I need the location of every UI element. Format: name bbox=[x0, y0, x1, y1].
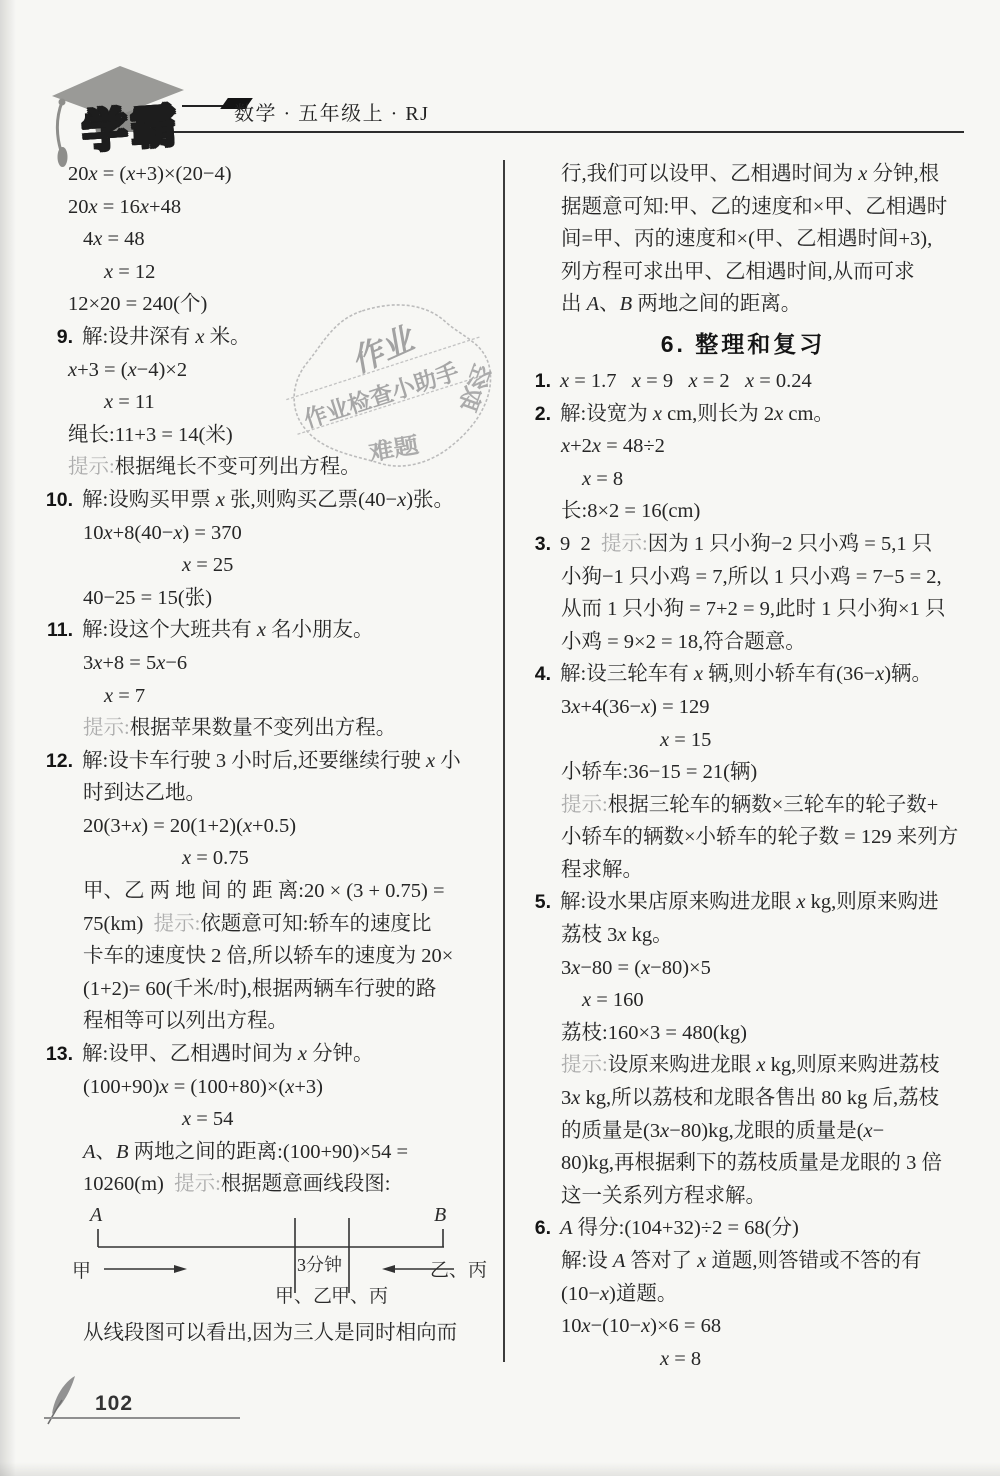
footer-rule bbox=[44, 1417, 240, 1419]
math-variable: x bbox=[298, 1043, 307, 1065]
math-variable: x bbox=[774, 403, 783, 425]
math-variable: x bbox=[156, 652, 165, 674]
math-variable: x bbox=[173, 522, 182, 544]
text-line: 程相等可以列出方程。 bbox=[40, 1005, 500, 1038]
math-variable: x bbox=[397, 489, 406, 511]
problem-number: 2. bbox=[518, 398, 551, 431]
math-variable: x bbox=[93, 228, 102, 250]
math-variable: A bbox=[587, 293, 600, 315]
math-variable: x bbox=[617, 924, 626, 946]
text-line: 出 A、B 两地之间的距离。 bbox=[518, 288, 968, 321]
math-variable: x bbox=[426, 750, 435, 772]
diagram-meet-label-2: 甲、丙 bbox=[331, 1285, 388, 1307]
diagram-walker-right-label: 乙、丙 bbox=[430, 1259, 487, 1281]
math-variable: x bbox=[688, 370, 697, 392]
page-number: 102 bbox=[95, 1392, 133, 1416]
right-column: 行,我们可以设甲、乙相遇时间为 x 分钟,根据题意可知:甲、乙的速度和×甲、乙相… bbox=[518, 158, 968, 1375]
math-variable: x bbox=[694, 663, 703, 685]
math-variable: x bbox=[582, 989, 591, 1011]
text-line: 20(3+x) = 20(1+2)(x+0.5) bbox=[40, 810, 500, 843]
text-line: 提示:根据绳长不变可列出方程。 bbox=[40, 451, 500, 484]
math-variable: B bbox=[620, 293, 633, 315]
math-variable: B bbox=[116, 1141, 129, 1163]
text-line: 小狗−1 只小鸡 = 7,所以 1 只小鸡 = 7−5 = 2, bbox=[518, 561, 968, 594]
text-line: (10−x)道题。 bbox=[518, 1278, 968, 1311]
problem-line: 1.x = 1.7 x = 9 x = 2 x = 0.24 bbox=[518, 365, 968, 398]
text-line: 75(km) 提示:依题意可知:轿车的速度比 bbox=[40, 908, 500, 941]
math-variable: x bbox=[858, 163, 867, 185]
math-variable: x bbox=[660, 1120, 669, 1142]
math-variable: x bbox=[68, 359, 77, 381]
diagram-interval-label: 3分钟 bbox=[297, 1255, 342, 1275]
math-variable: x bbox=[875, 663, 884, 685]
math-variable: x bbox=[571, 696, 580, 718]
text-line: 行,我们可以设甲、乙相遇时间为 x 分钟,根 bbox=[518, 158, 968, 191]
problem-line: 13.解:设甲、乙相遇时间为 x 分钟。 bbox=[40, 1038, 500, 1071]
hint-label: 提示: bbox=[83, 717, 130, 739]
text-line: 小鸡 = 9×2 = 18,符合题意。 bbox=[518, 626, 968, 659]
hint-label: 提示: bbox=[561, 794, 608, 816]
text-line: 提示:根据三轮车的辆数×三轮车的轮子数+ bbox=[518, 789, 968, 822]
diagram-arrow-left-head bbox=[382, 1265, 395, 1273]
text-line: 荔枝 3x kg。 bbox=[518, 919, 968, 952]
text-line: (1+2)= 60(千米/时),根据两辆车行驶的路 bbox=[40, 973, 500, 1006]
problem-number: 6. bbox=[518, 1212, 551, 1245]
text-line: 从而 1 只小狗 = 7+2 = 9,此时 1 只小狗×1 只 bbox=[518, 593, 968, 626]
math-variable: x bbox=[104, 522, 113, 544]
problem-line: 5.解:设水果店原来购进龙眼 x kg,则原来购进 bbox=[518, 886, 968, 919]
diagram-arrow-right-head bbox=[174, 1265, 187, 1273]
math-variable: x bbox=[582, 1315, 591, 1337]
right-column-text: 1.x = 1.7 x = 9 x = 2 x = 0.242.解:设宽为 x … bbox=[518, 365, 968, 1375]
math-variable: x bbox=[660, 1348, 669, 1370]
header-rule bbox=[152, 131, 964, 133]
problem-number: 12. bbox=[40, 745, 73, 778]
hint-label: 提示: bbox=[561, 1054, 608, 1076]
text-line: 10260(m) 提示:根据题意画线段图: bbox=[40, 1168, 500, 1201]
left-column: 20x = (x+3)×(20−4)20x = 16x+484x = 48x =… bbox=[40, 158, 500, 1350]
math-variable: x bbox=[592, 435, 601, 457]
problem-line: 11.解:设这个大班共有 x 名小朋友。 bbox=[40, 614, 500, 647]
text-line: x = 7 bbox=[40, 680, 500, 713]
text-line: x = 12 bbox=[40, 256, 500, 289]
hint-label: 提示: bbox=[68, 456, 115, 478]
math-variable: x bbox=[89, 163, 98, 185]
text-line: 时到达乙地。 bbox=[40, 777, 500, 810]
hint-label: 提示: bbox=[601, 533, 648, 555]
problem-number: 3. bbox=[518, 528, 551, 561]
text-line: 长:8×2 = 16(cm) bbox=[518, 495, 968, 528]
text-line: 3x+8 = 5x−6 bbox=[40, 647, 500, 680]
text-line: 3x−80 = (x−80)×5 bbox=[518, 952, 968, 985]
math-variable: x bbox=[128, 359, 137, 381]
text-line: 的质量是(3x−80)kg,龙眼的质量是(x− bbox=[518, 1115, 968, 1148]
problem-number: 11. bbox=[40, 614, 73, 647]
text-line: 据题意可知:甲、乙的速度和×甲、乙相遇时 bbox=[518, 191, 968, 224]
text-line: x+3 = (x−4)×2 bbox=[40, 354, 500, 387]
text-line: x = 8 bbox=[518, 463, 968, 496]
math-variable: x bbox=[660, 729, 669, 751]
text-line: 绳长:11+3 = 14(米) bbox=[40, 419, 500, 452]
problem-number: 1. bbox=[518, 365, 551, 398]
problem-line: 10.解:设购买甲票 x 张,则购买乙票(40−x)张。 bbox=[40, 484, 500, 517]
math-variable: x bbox=[132, 815, 141, 837]
math-variable: x bbox=[243, 815, 252, 837]
math-variable: x bbox=[561, 435, 570, 457]
math-variable: x bbox=[571, 957, 580, 979]
book-title: 数学 · 五年级上 · RJ bbox=[234, 97, 429, 126]
math-variable: x bbox=[195, 326, 204, 348]
logo-pointer-line bbox=[182, 105, 224, 107]
problem-line: 12.解:设卡车行驶 3 小时后,还要继续行驶 x 小 bbox=[40, 745, 500, 778]
text-line: x = 11 bbox=[40, 386, 500, 419]
math-variable: A bbox=[560, 1217, 573, 1239]
segment-diagram: A B 甲 3分钟 乙、丙 甲、乙 甲、丙 bbox=[40, 1205, 500, 1317]
problem-number: 13. bbox=[40, 1038, 73, 1071]
text-line: 提示:设原来购进龙眼 x kg,则原来购进荔枝 bbox=[518, 1049, 968, 1082]
text-line: x = 160 bbox=[518, 984, 968, 1017]
text-line: 提示:根据苹果数量不变列出方程。 bbox=[40, 712, 500, 745]
problem-number: 10. bbox=[40, 484, 73, 517]
math-variable: x bbox=[216, 489, 225, 511]
math-variable: x bbox=[756, 1054, 765, 1076]
math-variable: x bbox=[641, 1315, 650, 1337]
text-line: 20x = 16x+48 bbox=[40, 191, 500, 224]
left-column-text: 20x = (x+3)×(20−4)20x = 16x+484x = 48x =… bbox=[40, 158, 500, 1201]
diagram-label-a: A bbox=[88, 1205, 103, 1226]
text-line: 80)kg,再根据剩下的荔枝质量是龙眼的 3 倍 bbox=[518, 1147, 968, 1180]
problem-line: 6.A 得分:(104+32)÷2 = 68(分) bbox=[518, 1212, 968, 1245]
section-heading: 6. 整理和复习 bbox=[518, 321, 968, 365]
problem-line: 2.解:设宽为 x cm,则长为 2x cm。 bbox=[518, 398, 968, 431]
column-divider bbox=[503, 160, 505, 1362]
text-line: 卡车的速度快 2 倍,所以轿车的速度为 20× bbox=[40, 940, 500, 973]
diagram-walker-left-label: 甲 bbox=[72, 1261, 91, 1282]
text-line: x+2x = 48÷2 bbox=[518, 430, 968, 463]
text-line: 荔枝:160×3 = 480(kg) bbox=[518, 1017, 968, 1050]
problem-line: 3.9 2 提示:因为 1 只小狗−2 只小鸡 = 5,1 只 bbox=[518, 528, 968, 561]
math-variable: x bbox=[89, 196, 98, 218]
text-line: 12×20 = 240(个) bbox=[40, 288, 500, 321]
text-line: 间=甲、丙的速度和×(甲、乙相遇时间+3), bbox=[518, 223, 968, 256]
problem-number: 9. bbox=[40, 321, 73, 354]
math-variable: x bbox=[864, 1120, 873, 1142]
math-variable: x bbox=[632, 370, 641, 392]
problem-number: 4. bbox=[518, 658, 551, 691]
right-column-intro-text: 行,我们可以设甲、乙相遇时间为 x 分钟,根据题意可知:甲、乙的速度和×甲、乙相… bbox=[518, 158, 968, 321]
math-variable: A bbox=[613, 1250, 626, 1272]
text-line: 4x = 48 bbox=[40, 223, 500, 256]
math-variable: x bbox=[697, 1250, 706, 1272]
diagram-main-line bbox=[98, 1229, 444, 1247]
math-variable: x bbox=[600, 1283, 609, 1305]
math-variable: x bbox=[93, 652, 102, 674]
text-line: (100+90)x = (100+80)×(x+3) bbox=[40, 1071, 500, 1104]
text-line: 从线段图可以看出,因为三人是同时相向而 bbox=[40, 1317, 500, 1350]
text-line: 这一关系列方程求解。 bbox=[518, 1180, 968, 1213]
problem-line: 9.解:设井深有 x 米。 bbox=[40, 321, 500, 354]
text-line: 40−25 = 15(张) bbox=[40, 582, 500, 615]
math-variable: x bbox=[745, 370, 754, 392]
diagram-label-b: B bbox=[434, 1205, 446, 1226]
text-line: 甲、乙 两 地 间 的 距 离:20 × (3 + 0.75) = bbox=[40, 875, 500, 908]
diagram-meet-label-1: 甲、乙 bbox=[275, 1286, 332, 1307]
math-variable: x bbox=[582, 468, 591, 490]
math-variable: x bbox=[104, 685, 113, 707]
hint-label: 提示: bbox=[154, 913, 201, 935]
problem-number: 5. bbox=[518, 886, 551, 919]
text-line: 小轿车:36−15 = 21(辆) bbox=[518, 756, 968, 789]
text-line: x = 25 bbox=[40, 549, 500, 582]
math-variable: x bbox=[571, 1087, 580, 1109]
math-variable: A bbox=[83, 1141, 96, 1163]
logo-wordmark: 学霸 bbox=[80, 89, 182, 161]
text-line: 列方程可求出甲、乙相遇时间,从而可求 bbox=[518, 256, 968, 289]
text-line: 20x = (x+3)×(20−4) bbox=[40, 158, 500, 191]
math-variable: x bbox=[560, 370, 569, 392]
problem-line: 4.解:设三轮车有 x 辆,则小轿车有(36−x)辆。 bbox=[518, 658, 968, 691]
math-variable: x bbox=[641, 696, 650, 718]
text-line: 10x−(10−x)×6 = 68 bbox=[518, 1310, 968, 1343]
math-variable: x bbox=[159, 1076, 168, 1098]
math-variable: x bbox=[126, 163, 135, 185]
text-line: x = 15 bbox=[518, 724, 968, 757]
math-variable: x bbox=[641, 957, 650, 979]
workbook-page: 学霸 数学 · 五年级上 · RJ 20x = (x+3)×(20−4)20x … bbox=[0, 0, 1000, 1476]
math-variable: x bbox=[796, 891, 805, 913]
text-line: x = 0.75 bbox=[40, 842, 500, 875]
math-variable: x bbox=[182, 847, 191, 869]
text-line: 10x+8(40−x) = 370 bbox=[40, 517, 500, 550]
text-line: 程求解。 bbox=[518, 854, 968, 887]
text-line: x = 54 bbox=[40, 1103, 500, 1136]
left-column-closing-text: 从线段图可以看出,因为三人是同时相向而 bbox=[40, 1317, 500, 1350]
math-variable: x bbox=[104, 261, 113, 283]
math-variable: x bbox=[182, 554, 191, 576]
math-variable: x bbox=[257, 619, 266, 641]
quill-icon bbox=[44, 1374, 80, 1431]
hint-label: 提示: bbox=[174, 1173, 221, 1195]
math-variable: x bbox=[104, 391, 113, 413]
text-line: A、B 两地之间的距离:(100+90)×54 = bbox=[40, 1136, 500, 1169]
text-line: 3x kg,所以荔枝和龙眼各售出 80 kg 后,荔枝 bbox=[518, 1082, 968, 1115]
math-variable: x bbox=[285, 1076, 294, 1098]
math-variable: x bbox=[182, 1108, 191, 1130]
text-line: 小轿车的辆数×小轿车的轮子数 = 129 来列方 bbox=[518, 821, 968, 854]
math-variable: x bbox=[140, 196, 149, 218]
segment-diagram-svg: A B 甲 3分钟 乙、丙 甲、乙 甲、丙 bbox=[40, 1205, 500, 1317]
text-line: x = 8 bbox=[518, 1343, 968, 1376]
text-line: 3x+4(36−x) = 129 bbox=[518, 691, 968, 724]
text-line: 解:设 A 答对了 x 道题,则答错或不答的有 bbox=[518, 1245, 968, 1278]
math-variable: x bbox=[653, 403, 662, 425]
